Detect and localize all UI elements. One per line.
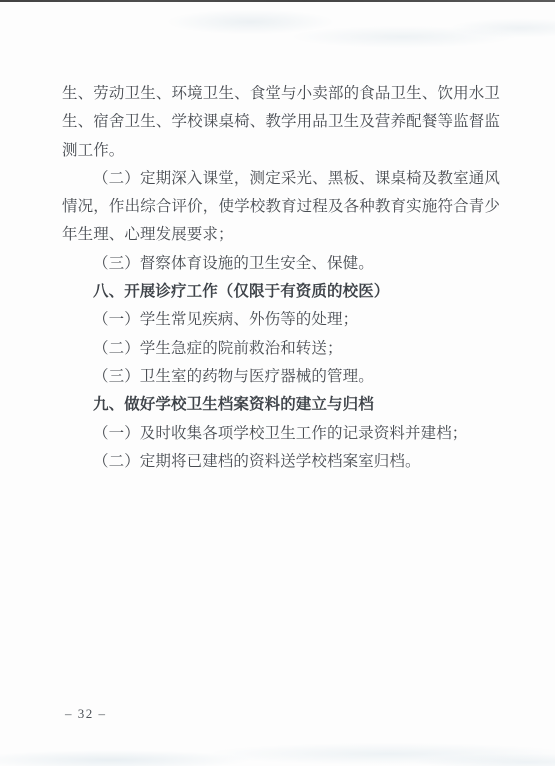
document-body: 生、劳动卫生、环境卫生、食堂与小卖部的食品卫生、饮用水卫生、宿舍卫生、学校课桌椅… [62, 80, 500, 476]
paragraph-9-2: （二）定期将已建档的资料送学校档案室归档。 [62, 448, 500, 476]
section-heading-8: 八、开展诊疗工作（仅限于有资质的校医） [62, 278, 500, 306]
scan-smudge-top [120, 4, 555, 64]
paragraph-continuation: 生、劳动卫生、环境卫生、食堂与小卖部的食品卫生、饮用水卫生、宿舍卫生、学校课桌椅… [62, 80, 500, 165]
paragraph-item-3: （三）督察体育设施的卫生安全、保健。 [62, 250, 500, 278]
paragraph-8-3: （三）卫生室的药物与医疗器械的管理。 [62, 363, 500, 391]
paragraph-8-1: （一）学生常见疾病、外伤等的处理； [62, 306, 500, 334]
document-page: 生、劳动卫生、环境卫生、食堂与小卖部的食品卫生、饮用水卫生、宿舍卫生、学校课桌椅… [0, 0, 555, 766]
paragraph-9-1: （一）及时收集各项学校卫生工作的记录资料并建档； [62, 420, 500, 448]
paragraph-item-2: （二）定期深入课堂，测定采光、黑板、课桌椅及教室通风情况，作出综合评价，使学校教… [62, 165, 500, 250]
section-heading-9: 九、做好学校卫生档案资料的建立与归档 [62, 391, 500, 419]
page-number: – 32 – [65, 706, 107, 722]
scan-edge-artifact [0, 0, 555, 2]
paragraph-8-2: （二）学生急症的院前救治和转送； [62, 335, 500, 363]
scan-smudge-bottom [0, 726, 555, 766]
